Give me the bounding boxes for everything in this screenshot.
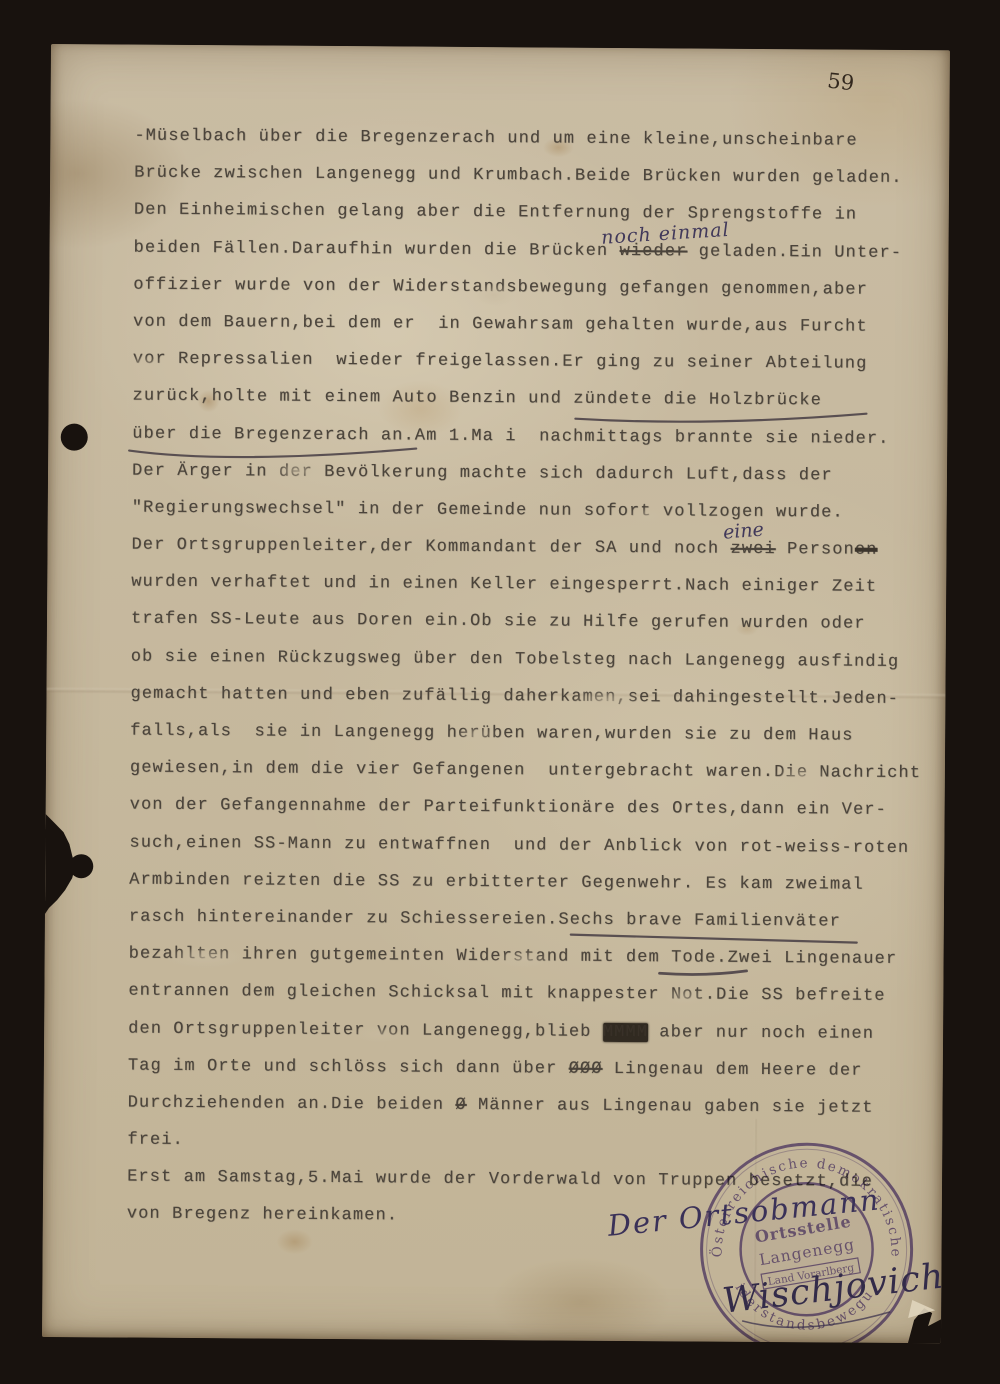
text-segment: Armbinden reizten die SS zu erbitterter … [129,870,864,894]
text-line: Durchziehenden an.Die beiden Ø Männer au… [127,1084,927,1127]
punch-hole-bottom [69,854,93,878]
text-segment: "Regierungswechsel" in der Gemeinde nun … [132,498,844,522]
text-segment: falls,als sie in Langenegg herüben waren… [130,722,853,746]
text-segment: frei. [127,1131,184,1150]
text-line: gemacht hatten und eben zufällig daherka… [130,675,930,718]
text-segment: offizier wurde von der Widerstandsbewegu… [133,275,868,299]
text-segment: Durchziehenden an.Die beiden [128,1093,456,1114]
text-line: "Regierungswechsel" in der Gemeinde nun … [132,489,932,532]
stamp-langenegg: Langenegg [758,1235,856,1269]
text-segment: über die Bregenzerach an.Am 1.Ma i nachm… [132,424,889,448]
text-segment: zurück,holte mit einem Auto Benzin und z… [132,387,822,411]
text-segment: Person [776,540,855,560]
text-segment: trafen SS-Leute aus Doren ein.Ob sie zu … [131,610,866,634]
text-line: von dem Bauern,bei dem er in Gewahrsam g… [133,304,933,347]
text-line: über die Bregenzerach an.Am 1.Ma i nachm… [132,415,932,458]
text-segment: Den Einheimischen gelang aber die Entfer… [134,201,857,225]
text-segment: Der Ärger in der Bevölkerung machte sich… [132,461,833,485]
text-segment: beiden Fällen.Daraufhin wurden die Brück… [134,238,620,260]
text-line: such,einen SS-Mann zu entwaffnen und der… [129,824,929,867]
text-segment: von Bregenz hereinkamen. [127,1205,398,1226]
text-line: Brücke zwischen Langenegg und Krumbach.B… [134,155,934,198]
text-segment-strike: wieder [619,242,687,261]
text-segment: den Ortsgruppenleiter von Langenegg,blie… [128,1019,603,1041]
text-segment: von dem Bauern,bei dem er in Gewahrsam g… [133,313,868,337]
stamp-land-vorarlberg: Land Vorarlberg [767,1262,855,1288]
text-segment-strike: Ø [455,1096,466,1115]
torn-edge-left [45,814,76,914]
text-segment: vor Repressalien wieder freigelassen.Er … [133,350,868,374]
text-line: beiden Fällen.Daraufhin wurden die Brück… [133,229,933,272]
text-segment: such,einen SS-Mann zu entwaffnen und der… [129,833,909,857]
text-segment: Männer aus Lingenau gaben sie jetzt [467,1096,874,1118]
text-line: wurden verhaftet und in einen Keller ein… [131,564,931,607]
text-segment-strike: ØØØ [569,1059,603,1078]
stamp-land-box [761,1258,860,1289]
text-line: entrannen dem gleichen Schicksal mit kna… [128,973,928,1016]
text-segment: entrannen dem gleichen Schicksal mit kna… [128,982,885,1006]
typed-text: -Müselbach über die Bregenzerach und um … [127,118,935,1239]
text-segment-strike-heavy: en [855,541,878,560]
text-segment: Der Ortsgruppenleiter,der Kommandant der… [131,536,730,559]
text-line: von der Gefangennahme der Parteifunktion… [130,787,930,830]
page-background: { "colors": { "background": "#18120e", "… [0,0,1000,1384]
text-segment: geladen.Ein Unter- [687,242,902,262]
text-line: den Ortsgruppenleiter von Langenegg,blie… [128,1010,928,1053]
punch-hole-top [61,424,88,451]
text-segment: Erst am Samstag,5.Mai wurde der Vorderwa… [127,1168,873,1192]
text-segment: gemacht hatten und eben zufällig daherka… [130,684,899,708]
text-line: gewiesen,in dem die vier Gefangenen unte… [130,750,930,793]
text-line: offizier wurde von der Widerstandsbewegu… [133,266,933,309]
page-number: 59 [826,69,855,96]
text-line: Erst am Samstag,5.Mai wurde der Vorderwa… [127,1159,927,1202]
text-line: zurück,holte mit einem Auto Benzin und z… [132,378,932,421]
text-segment: Brücke zwischen Langenegg und Krumbach.B… [134,164,903,188]
text-segment-strike: zwei [730,540,775,559]
text-segment: -Müselbach über die Bregenzerach und um … [134,127,857,151]
text-segment: aber nur noch einen [648,1023,874,1044]
text-line: falls,als sie in Langenegg herüben waren… [130,713,930,756]
text-line: von Bregenz hereinkamen. [127,1196,927,1239]
text-segment-blackout: MMMM [603,1022,648,1041]
text-line: ob sie einen Rückzugsweg über den Tobels… [131,638,931,681]
text-line: vor Repressalien wieder freigelassen.Er … [133,341,933,384]
text-segment: Lingenau dem Heere der [602,1060,862,1081]
text-segment: von der Gefangennahme der Parteifunktion… [130,796,887,820]
text-line: -Müselbach über die Bregenzerach und um … [134,118,934,161]
text-segment: Tag im Orte und schlöss sich dann über [128,1056,569,1078]
text-line: rasch hintereinander zu Schiessereien.Se… [129,899,929,942]
text-line: Tag im Orte und schlöss sich dann über Ø… [128,1047,928,1090]
text-segment: gewiesen,in dem die vier Gefangenen unte… [130,759,921,784]
text-line: Der Ärger in der Bevölkerung machte sich… [132,452,932,495]
torn-flap-highlight [908,1300,935,1318]
text-line: trafen SS-Leute aus Doren ein.Ob sie zu … [131,601,931,644]
text-line: Armbinden reizten die SS zu erbitterter … [129,861,929,904]
signature-flourish [742,1311,890,1328]
document-paper: -Müselbach über die Bregenzerach und um … [42,44,950,1343]
text-line: Der Ortsgruppenleiter,der Kommandant der… [131,527,931,570]
text-line: bezahlten ihren gutgemeinten Widerstand … [129,936,929,979]
text-segment: wurden verhaftet und in einen Keller ein… [131,573,877,597]
torn-corner-bottom-right [908,1308,941,1343]
text-line: Den Einheimischen gelang aber die Entfer… [134,192,934,235]
text-segment: bezahlten ihren gutgemeinten Widerstand … [129,945,898,969]
text-segment: rasch hintereinander zu Schiessereien.Se… [129,908,841,932]
text-line: frei. [127,1122,927,1165]
text-segment: ob sie einen Rückzugsweg über den Tobels… [131,647,900,671]
